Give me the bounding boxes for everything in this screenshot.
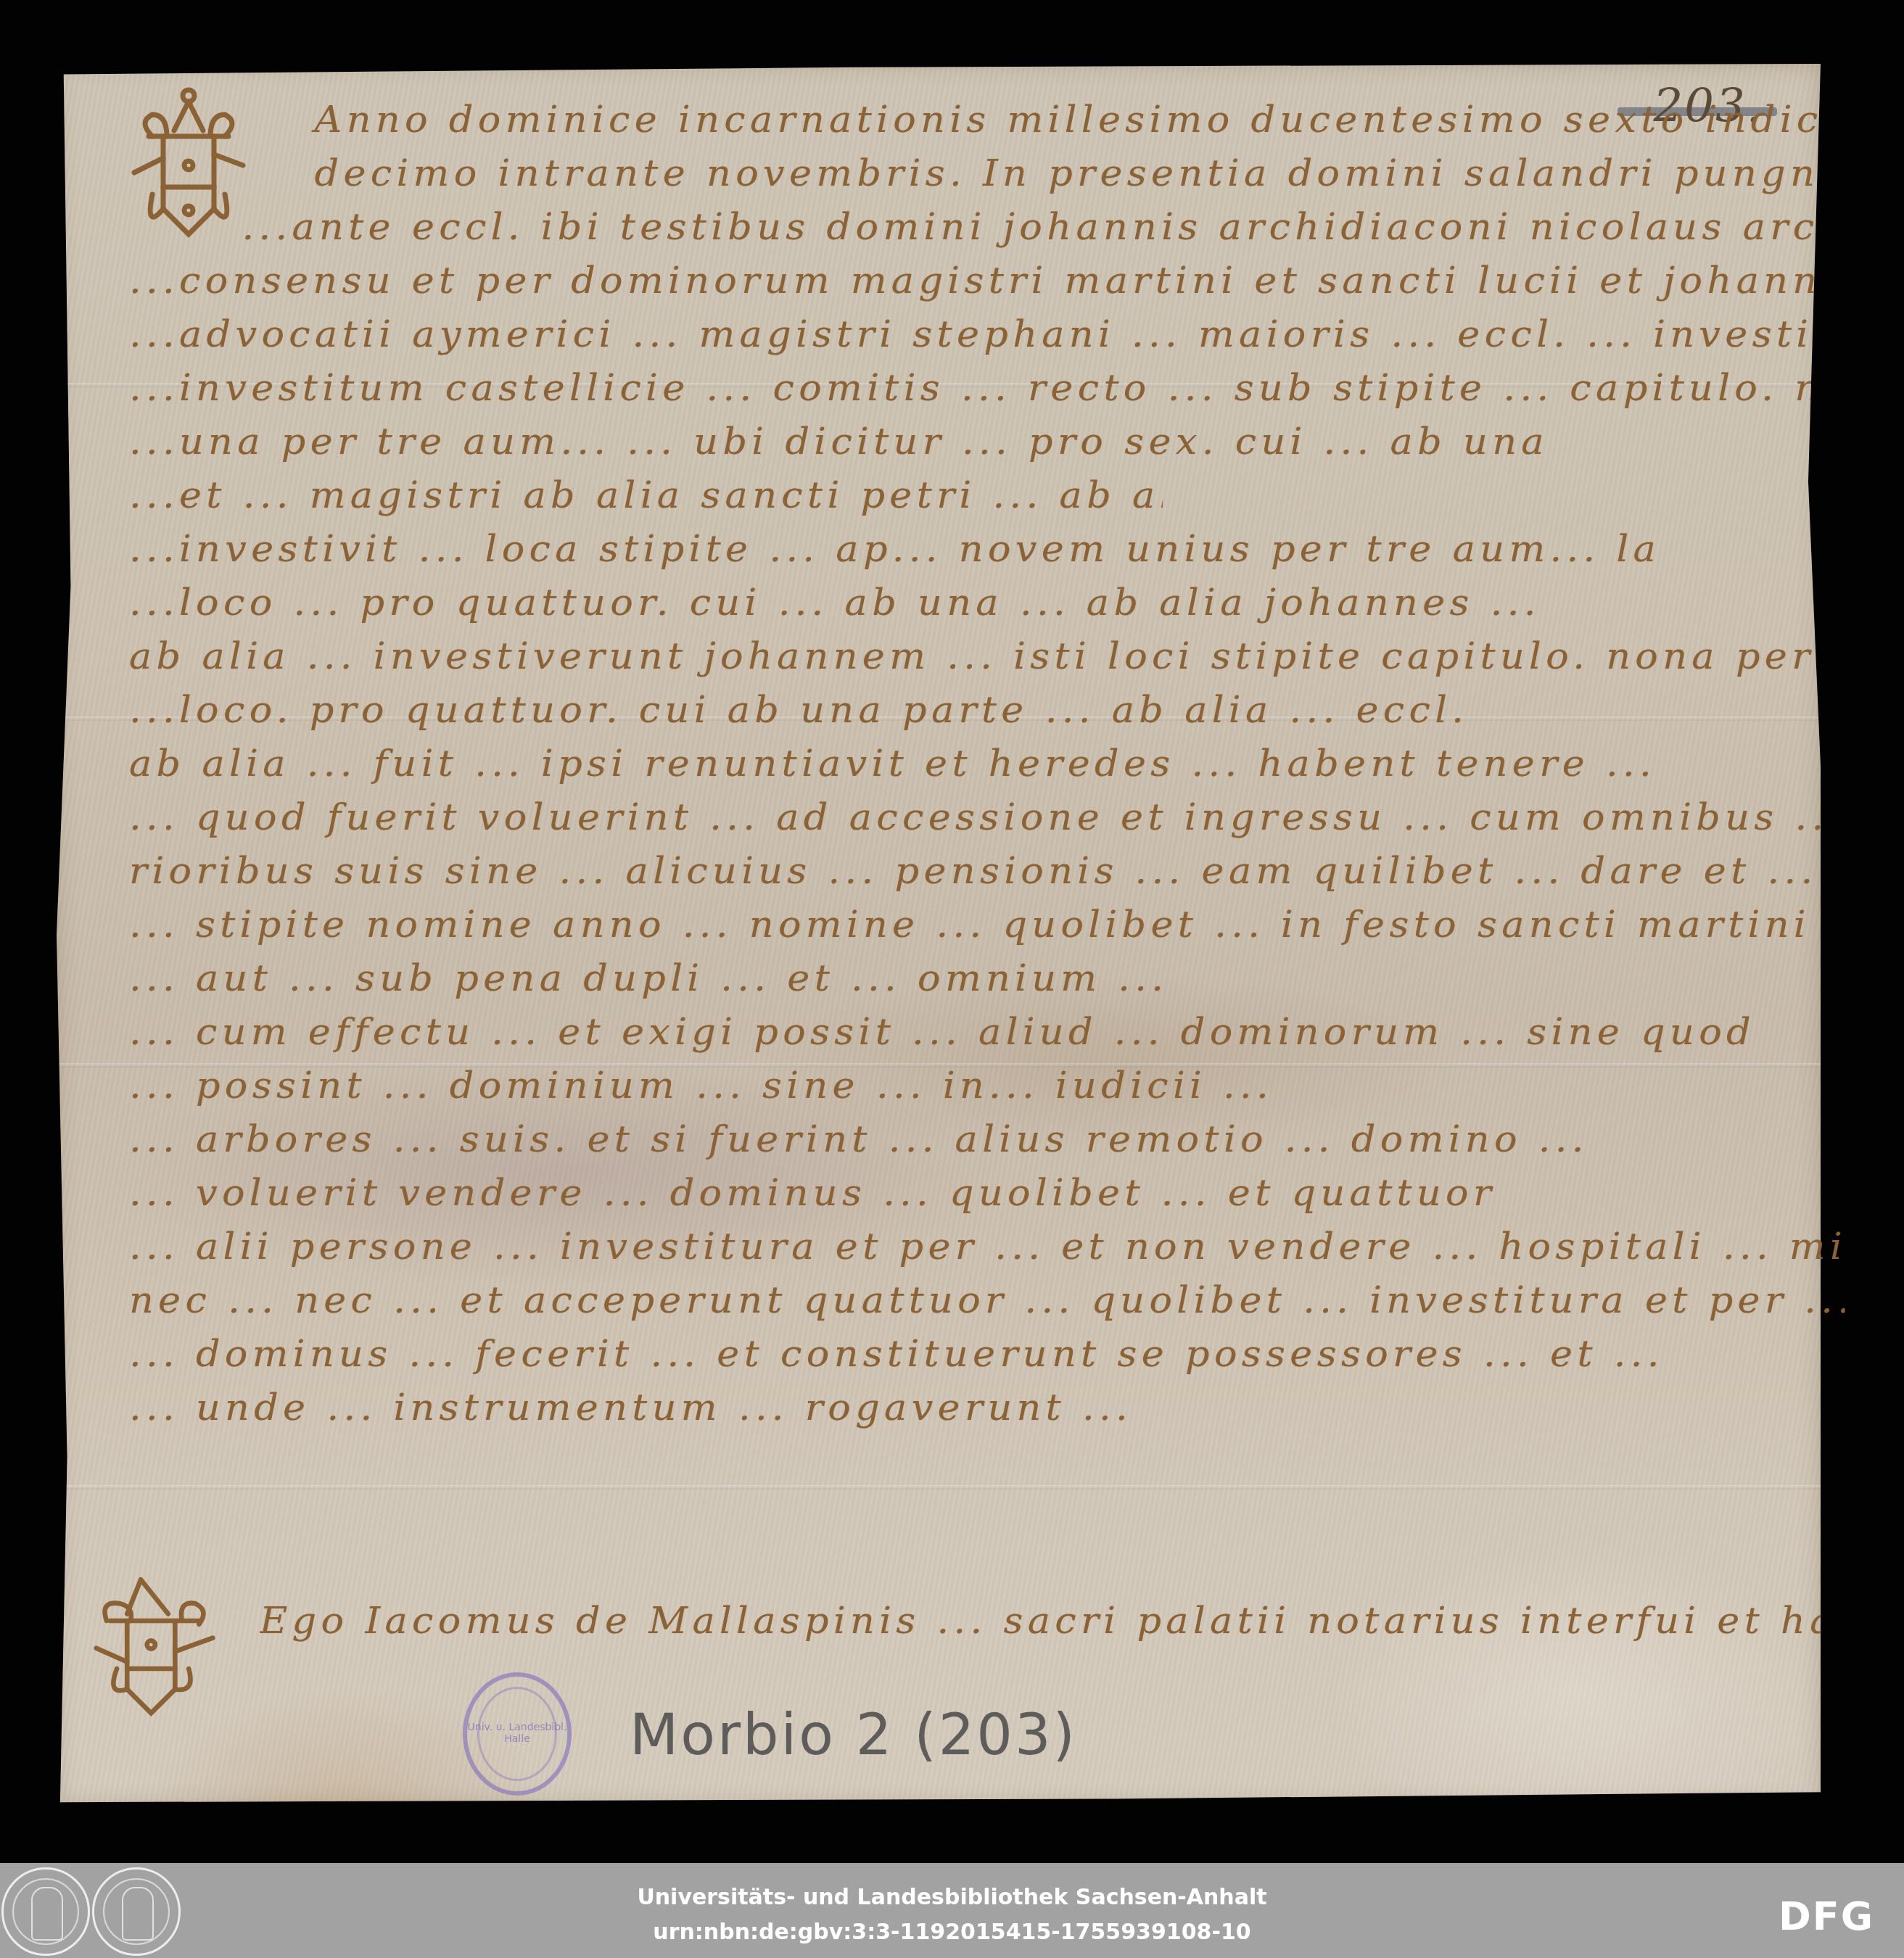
text-line: ... possint ... dominium ... sine ... in… (129, 1059, 1852, 1112)
text-line: ... quod fuerit voluerint ... ad accessi… (129, 790, 1852, 844)
text-line: ...una per tre aum... ... ubi dicitur ..… (129, 415, 1852, 468)
text-line: ... cum effectu ... et exigi possit ... … (129, 1005, 1852, 1059)
text-line: ... unde ... instrumentum ... rogaverunt… (129, 1381, 1163, 1434)
text-line: ab alia ... investiverunt johannem ... i… (129, 629, 1852, 683)
text-line: ...loco. pro quattuor. cui ab una parte … (129, 683, 1852, 737)
fold-line (57, 1485, 1821, 1490)
text-line: ...advocatii aymerici ... magistri steph… (129, 307, 1852, 361)
text-line: ab alia ... fuit ... ipsi renuntiavit et… (129, 737, 1852, 790)
footer-bar: Universitäts- und Landesbibliothek Sachs… (0, 1863, 1904, 1958)
text-line: rioribus suis sine ... alicuius ... pens… (129, 844, 1852, 898)
text-line: ... dominus ... fecerit ... et constitue… (129, 1327, 1852, 1381)
charter-text: Anno dominice incarnationis millesimo du… (129, 93, 1770, 1434)
urn-identifier: urn:nbn:de:gbv:3:3-1192015415-1755939108… (0, 1920, 1904, 1945)
text-line: ...consensu et per dominorum magistri ma… (129, 254, 1852, 307)
notary-subscription: Ego Iacomus de Mallaspinis ... sacri pal… (260, 1594, 1821, 1648)
image-viewport: 203. Anno dominice incarnationis millesi… (0, 0, 1904, 1863)
library-stamp: Univ. u. Landesbibl. Halle (463, 1672, 572, 1796)
stamp-text: Univ. u. Landesbibl. Halle (467, 1722, 567, 1745)
text-line: ... arbores ... suis. et si fuerint ... … (129, 1112, 1852, 1166)
text-line: ...loco ... pro quattuor. cui ... ab una… (129, 576, 1852, 629)
text-line: ... stipite nomine anno ... nomine ... q… (129, 898, 1852, 951)
shelfmark-annotation: Morbio 2 (203) (630, 1703, 1077, 1768)
text-line: Anno dominice incarnationis millesimo du… (231, 93, 1847, 146)
text-line: ...et ... magistri ab alia sancti petri … (129, 468, 1163, 522)
text-line: ...ante eccl. ibi testibus domini johann… (158, 200, 1850, 254)
text-line: ...investitum castellicie ... comitis ..… (129, 361, 1852, 415)
parchment-sheet: 203. Anno dominice incarnationis millesi… (57, 64, 1821, 1806)
notarial-signum-icon (93, 1572, 216, 1717)
dfg-logo: DFG (1779, 1893, 1874, 1939)
text-line: nec ... nec ... et acceperunt quattuor .… (129, 1273, 1852, 1327)
text-line: ...investivit ... loca stipite ... ap...… (129, 522, 1852, 576)
text-line: ... voluerit vendere ... dominus ... quo… (129, 1166, 1852, 1220)
institution-name: Universitäts- und Landesbibliothek Sachs… (0, 1885, 1904, 1910)
text-line: decimo intrante novembris. In presentia … (231, 146, 1847, 200)
text-line: ... aut ... sub pena dupli ... et ... om… (129, 951, 1852, 1005)
text-line: ... alii persone ... investitura et per … (129, 1220, 1852, 1273)
